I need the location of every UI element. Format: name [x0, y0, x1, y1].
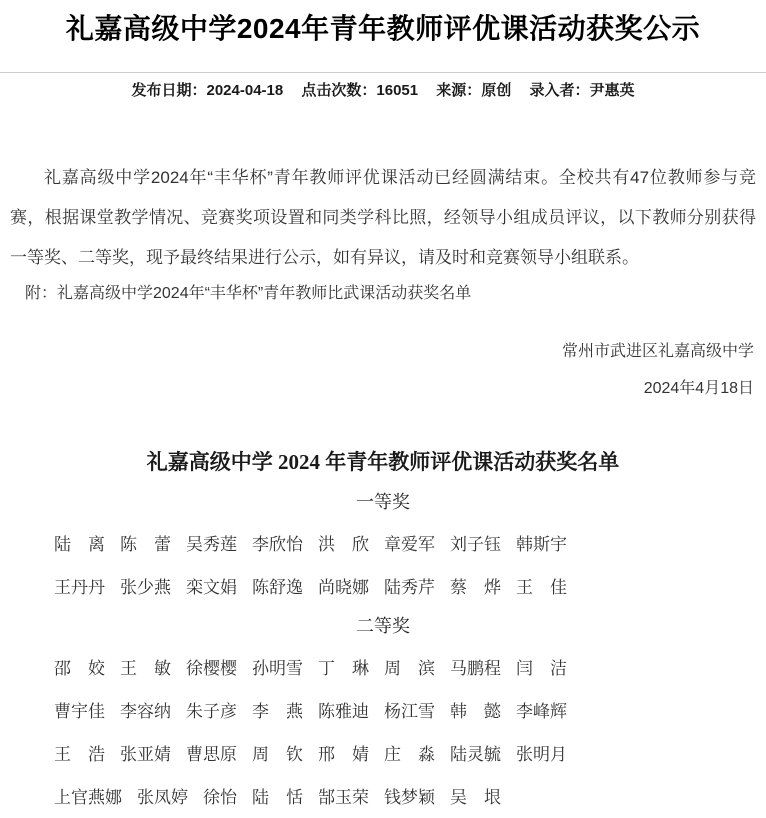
- award-name: 张明月: [516, 745, 567, 765]
- award-section-title: 一等奖: [0, 492, 766, 512]
- award-name: 栾文娟: [186, 578, 237, 598]
- award-name: 章爱军: [384, 535, 435, 555]
- award-name: 刘子钰: [450, 535, 501, 555]
- award-name: 陈舒逸: [252, 578, 303, 598]
- award-name: 钱梦颖: [384, 788, 435, 808]
- announcement-paragraph: 礼嘉高级中学2024年“丰华杯”青年教师评优课活动已经圆满结束。全校共有47位教…: [0, 158, 766, 278]
- award-name-row: 上官燕娜张凤婷徐怡陆 恬郜玉荣钱梦颖吴 垠: [0, 788, 766, 808]
- award-name: 吴秀莲: [186, 535, 237, 555]
- award-name: 闫 洁: [516, 659, 567, 679]
- award-name: 王 浩: [54, 745, 105, 765]
- award-name: 邵 姣: [54, 659, 105, 679]
- award-name: 陆 恬: [252, 788, 303, 808]
- meta-click-count-label: 点击次数：: [301, 82, 376, 99]
- award-name: 尚晓娜: [318, 578, 369, 598]
- award-name: 马鹏程: [450, 659, 501, 679]
- award-name: 周 滨: [384, 659, 435, 679]
- award-name: 孙明雪: [252, 659, 303, 679]
- award-name-row: 王 浩张亚婧曹思原周 钦邢 婧庄 淼陆灵毓张明月: [0, 745, 766, 765]
- award-name: 王 敏: [120, 659, 171, 679]
- award-name-row: 王丹丹张少燕栾文娟陈舒逸尚晓娜陆秀芹蔡 烨王 佳: [0, 578, 766, 598]
- signature-school: 常州市武进区礼嘉高级中学: [0, 342, 766, 361]
- award-name: 邢 婧: [318, 745, 369, 765]
- award-name-row: 曹宇佳李容纳朱子彦李 燕陈雅迪杨江雪韩 懿李峰辉: [0, 702, 766, 722]
- award-name: 王 佳: [516, 578, 567, 598]
- award-name: 上官燕娜: [54, 788, 122, 808]
- award-name: 陈雅迪: [318, 702, 369, 722]
- meta-entry-person-label: 录入者：: [530, 82, 590, 99]
- meta-entry-person-value: 尹惠英: [590, 82, 635, 99]
- award-sections: 一等奖陆 离陈 蕾吴秀莲李欣怡洪 欣章爱军刘子钰韩斯宇王丹丹张少燕栾文娟陈舒逸尚…: [0, 492, 766, 808]
- award-name: 张凤婷: [137, 788, 188, 808]
- meta-publish-date-label: 发布日期：: [131, 82, 206, 99]
- award-name: 陆 离: [54, 535, 105, 555]
- award-name: 李峰辉: [516, 702, 567, 722]
- meta-entry-person: 录入者：尹惠英: [530, 82, 635, 99]
- award-name: 曹思原: [186, 745, 237, 765]
- award-name: 李容纳: [120, 702, 171, 722]
- article-meta: 发布日期：2024-04-18 点击次数：16051 来源：原创 录入者：尹惠英: [0, 82, 766, 100]
- award-name: 陈 蕾: [120, 535, 171, 555]
- award-name: 曹宇佳: [54, 702, 105, 722]
- meta-click-count-value: 16051: [376, 82, 418, 99]
- award-name: 张亚婧: [120, 745, 171, 765]
- award-name: 徐怡: [203, 788, 237, 808]
- award-name: 周 钦: [252, 745, 303, 765]
- award-name: 韩 懿: [450, 702, 501, 722]
- award-list-heading: 礼嘉高级中学 2024 年青年教师评优课活动获奖名单: [0, 450, 766, 474]
- award-name: 蔡 烨: [450, 578, 501, 598]
- award-name: 丁 琳: [318, 659, 369, 679]
- award-name: 陆灵毓: [450, 745, 501, 765]
- page-title: 礼嘉高级中学2024年青年教师评优课活动获奖公示: [0, 0, 766, 46]
- award-name: 李欣怡: [252, 535, 303, 555]
- award-name: 杨江雪: [384, 702, 435, 722]
- award-name: 庄 淼: [384, 745, 435, 765]
- meta-publish-date: 发布日期：2024-04-18: [131, 82, 283, 99]
- meta-source-label: 来源：: [436, 82, 481, 99]
- award-name: 郜玉荣: [318, 788, 369, 808]
- meta-publish-date-value: 2024-04-18: [206, 82, 283, 99]
- award-name: 韩斯宇: [516, 535, 567, 555]
- award-name: 王丹丹: [54, 578, 105, 598]
- award-name: 徐樱樱: [186, 659, 237, 679]
- meta-click-count: 点击次数：16051: [301, 82, 418, 99]
- award-name: 李 燕: [252, 702, 303, 722]
- signature-date: 2024年4月18日: [0, 379, 766, 398]
- award-name: 洪 欣: [318, 535, 369, 555]
- meta-source: 来源：原创: [436, 82, 511, 99]
- horizontal-divider: [0, 72, 766, 73]
- award-name-row: 陆 离陈 蕾吴秀莲李欣怡洪 欣章爱军刘子钰韩斯宇: [0, 535, 766, 555]
- meta-source-value: 原创: [481, 82, 511, 99]
- award-name: 吴 垠: [450, 788, 501, 808]
- award-name: 朱子彦: [186, 702, 237, 722]
- award-section-title: 二等奖: [0, 616, 766, 636]
- award-name: 陆秀芹: [384, 578, 435, 598]
- award-name: 张少燕: [120, 578, 171, 598]
- attachment-note: 附：礼嘉高级中学2024年“丰华杯”青年教师比武课活动获奖名单: [0, 284, 766, 304]
- award-list: 礼嘉高级中学 2024 年青年教师评优课活动获奖名单 一等奖陆 离陈 蕾吴秀莲李…: [0, 450, 766, 808]
- award-name-row: 邵 姣王 敏徐樱樱孙明雪丁 琳周 滨马鹏程闫 洁: [0, 659, 766, 679]
